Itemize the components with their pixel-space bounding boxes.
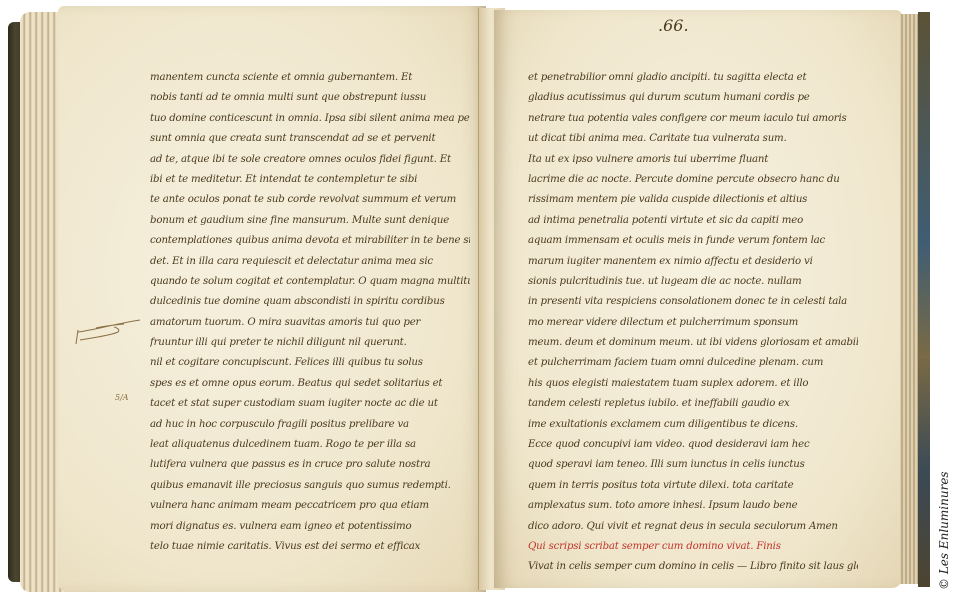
copyright-notice: © Les Enluminures (937, 471, 951, 590)
text-line: tacet et stat super custodiam suam iugit… (150, 394, 470, 414)
left-page-text: manentem cuncta sciente et omnia guberna… (150, 68, 470, 557)
text-line: spes es et omne opus eorum. Beatus qui s… (150, 374, 470, 394)
text-line: tuo domine conticescunt in omnia. Ipsa s… (150, 109, 470, 129)
text-line: manentem cuncta sciente et omnia guberna… (150, 68, 470, 88)
right-cover-binding (918, 12, 930, 587)
text-line: dulcedinis tue domine quam abscondisti i… (150, 292, 470, 312)
text-line: ibi et te meditetur. Et intendat te cont… (150, 170, 470, 190)
text-line: det. Et in illa cara requiescit et delec… (150, 252, 470, 272)
text-line: nil et cogitare concupiscunt. Felices il… (150, 353, 470, 373)
text-line: ime exultationis exclamem cum diligentib… (528, 415, 858, 435)
margin-note: 5/A (115, 393, 129, 402)
text-line: fruuntur illi qui preter te nichil dilig… (150, 333, 470, 353)
text-line: ad intima penetralia potenti virtute et … (528, 211, 858, 231)
text-line: sunt omnia que creata sunt transcendat a… (150, 129, 470, 149)
text-line: contemplationes quibus anima devota et m… (150, 231, 470, 251)
text-line: bonum et gaudium sine fine mansurum. Mul… (150, 211, 470, 231)
text-line: sionis pulcritudinis tue. ut lugeam die … (528, 272, 858, 292)
right-page-text: et penetrabilior omni gladio ancipiti. t… (528, 68, 858, 578)
final-colophon-line: Vivat in celis semper cum domino in celi… (528, 557, 858, 577)
text-line: meum. deum et dominum meum. ut ibi viden… (528, 333, 858, 353)
text-line: et pulcherrimam faciem tuam omni dulcedi… (528, 353, 858, 373)
text-line: te ante oculos ponat te sub corde revolv… (150, 190, 470, 210)
text-line: tandem celesti repletus iubilo. et ineff… (528, 394, 858, 414)
text-line: quem in terris positus tota virtute dile… (528, 476, 858, 496)
text-line: rissimam mentem pie valida cuspide dilec… (528, 190, 858, 210)
text-line: gladius acutissimus qui durum scutum hum… (528, 88, 858, 108)
text-line: ut dicat tibi anima mea. Caritate tua vu… (528, 129, 858, 149)
text-line: aquam immensam et oculis meis in funde v… (528, 231, 858, 251)
text-line: in presenti vita respiciens consolatione… (528, 292, 858, 312)
text-line: ad te, atque ibi te sole creatore omnes … (150, 150, 470, 170)
text-line: telo tuae nimie caritatis. Vivus est dei… (150, 537, 470, 557)
text-line: vulnera hanc animam meam peccatricem pro… (150, 496, 470, 516)
text-line: netrare tua potentia vales configere cor… (528, 109, 858, 129)
manicule-pointing-hand-icon (74, 318, 144, 348)
text-line: amplexatus sum. toto amore inhesi. Ipsum… (528, 496, 858, 516)
text-line: quando te solum cogitat et contemplatur.… (150, 272, 470, 292)
text-line: quod speravi iam teneo. Illi sum iunctus… (528, 455, 858, 475)
text-line: nobis tanti ad te omnia multi sunt que o… (150, 88, 470, 108)
text-line: ad huc in hoc corpusculo fragili positus… (150, 415, 470, 435)
text-line: mo merear videre dilectum et pulcherrimu… (528, 313, 858, 333)
text-line: his quos elegisti maiestatem tuam suplex… (528, 374, 858, 394)
text-line: amatorum tuorum. O mira suavitas amoris … (150, 313, 470, 333)
manuscript-photo: .66. 5/A manentem cuncta sciente et omni… (0, 0, 955, 600)
rubric-colophon: Qui scripsi scribat semper cum domino vi… (528, 537, 858, 557)
text-line: Ita ut ex ipso vulnere amoris tui uberri… (528, 150, 858, 170)
text-line: mori dignatus es. vulnera eam igneo et p… (150, 517, 470, 537)
text-line: dico adoro. Qui vivit et regnat deus in … (528, 517, 858, 537)
text-line: lacrime die ac nocte. Percute domine per… (528, 170, 858, 190)
text-line: marum iugiter manentem ex nimio affectu … (528, 252, 858, 272)
folio-number: .66. (658, 16, 689, 35)
text-line: lutifera vulnera que passus es in cruce … (150, 455, 470, 475)
text-line: quibus emanavit ille preciosus sanguis q… (150, 476, 470, 496)
text-line: Ecce quod concupivi iam video. quod desi… (528, 435, 858, 455)
text-line: et penetrabilior omni gladio ancipiti. t… (528, 68, 858, 88)
text-line: leat aliquatenus dulcedinem tuam. Rogo t… (150, 435, 470, 455)
